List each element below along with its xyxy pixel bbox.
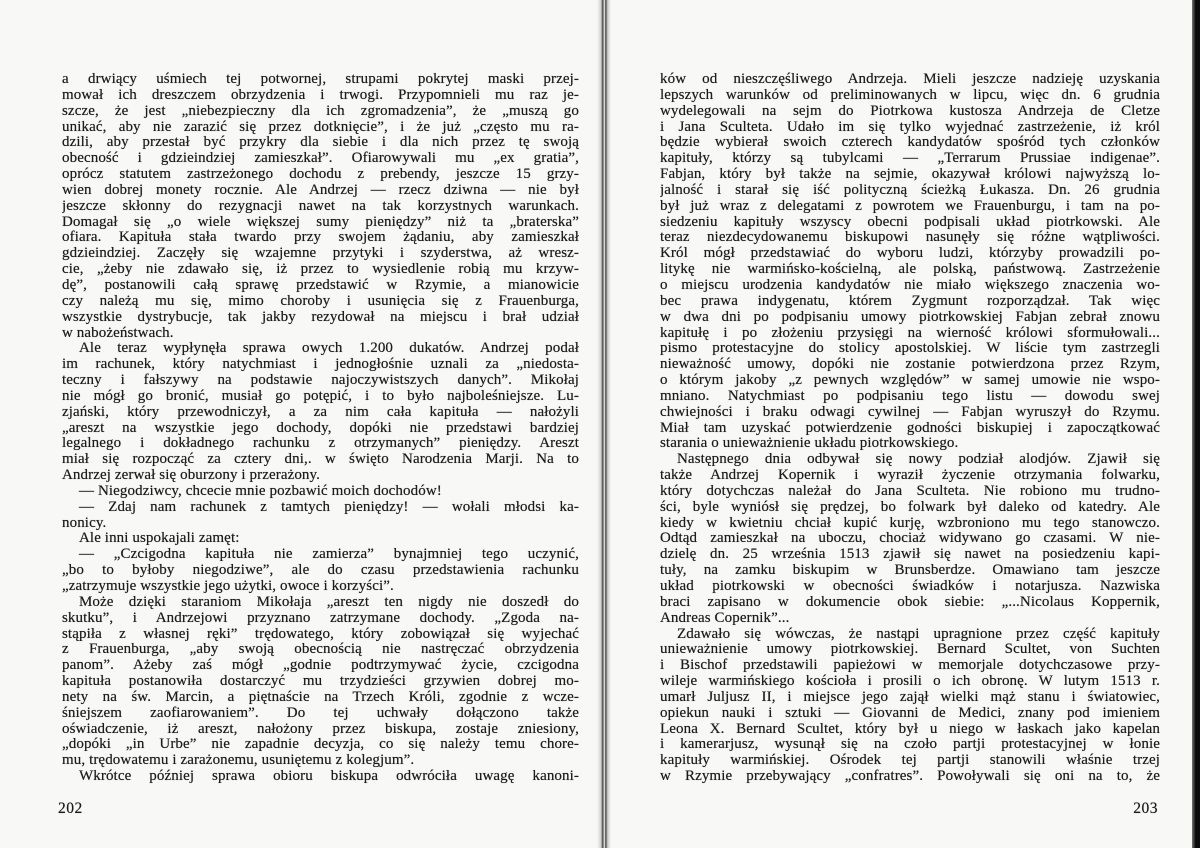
text-line: „dopóki „in Urbe” nie zapadnie decyzja, …	[62, 737, 579, 753]
text-line: kapituła postanowiła dostarczyć mu trzyd…	[62, 674, 579, 690]
text-line: Zdawało się wówczas, że nastąpi upragnio…	[660, 627, 1160, 643]
text-line: skutku”, i Andrzejowi przyznano zatrzyma…	[62, 611, 579, 627]
text-line: śniejszem zaofiarowaniem”. Do tej uchwał…	[62, 706, 579, 722]
text-line: Ale teraz wypłynęła sprawa owych 1.200 d…	[62, 341, 579, 357]
text-line: tuły, na zamku biskupim w Brunsberdze. O…	[660, 563, 1160, 579]
text-line: Domagał się „o wiele większej sumy pieni…	[62, 215, 579, 231]
book-page-left: a drwiący uśmiech tej potwornej, strupam…	[62, 72, 579, 785]
text-line: Andreas Copernik”...	[660, 611, 1160, 627]
text-line: wien dobrej monety rocznie. Ale Andrzej …	[62, 183, 579, 199]
text-line: dzielę dn. 25 września 1513 zjawił się n…	[660, 547, 1160, 563]
page-text-block: ków od nieszczęśliwego Andrzeja. Mieli j…	[660, 72, 1160, 785]
text-line: „bo to byłoby niegodziwe”, ale do czasu …	[62, 563, 579, 579]
text-line: w Rzymie przebywający „confratres”. Powo…	[660, 769, 1160, 785]
text-line: nieważność umowy, dopóki nie zostanie po…	[660, 357, 1160, 373]
text-line: ków od nieszczęśliwego Andrzeja. Mieli j…	[660, 72, 1160, 88]
page-number-left: 202	[58, 800, 83, 818]
text-line: Wkrótce później sprawa obioru biskupa od…	[62, 769, 579, 785]
text-line: kiedy w kwietniu chciał kupić kurję, wzb…	[660, 516, 1160, 532]
text-line: zjański, który przewodniczył, a za nim c…	[62, 405, 579, 421]
text-line: legalnego i dokładnego rachunku z otrzym…	[62, 436, 579, 452]
text-line: w nabożeństwach.	[62, 326, 579, 342]
text-line: Andrzej zerwał się oburzony i przerażony…	[62, 468, 579, 484]
text-line: będzie wybierał swoich czterech kandydat…	[660, 135, 1160, 151]
text-line: czy należą mu się, mimo choroby i usunię…	[62, 294, 579, 310]
text-line: unieważnienie umowy piotrkowskiej. Berna…	[660, 642, 1160, 658]
text-line: Fabjan, który był także na sejmie, okazy…	[660, 167, 1160, 183]
text-line: — Niegodziwcy, chcecie mnie pozbawić moi…	[62, 484, 579, 500]
text-line: oświadczenie, iż areszt, nałożony przez …	[62, 722, 579, 738]
text-line: ści, byle wyniósł się prędzej, bo folwar…	[660, 500, 1160, 516]
text-line: cie, „żeby nie zdawało się, iż przez to …	[62, 262, 579, 278]
text-line: Odtąd zamieszkał na uboczu, chociaż widy…	[660, 531, 1160, 547]
text-line: z Frauenburga, „aby swoją obecnością nie…	[62, 642, 579, 658]
text-line: im rachunek, który natychmiast i jednogł…	[62, 357, 579, 373]
text-line: gdzieindziej. Zaczęły się wzajemne przyt…	[62, 246, 579, 262]
scan-edge-artifact	[1192, 0, 1200, 848]
text-line: miał się rozpocząć za cztery dni,. w świ…	[62, 452, 579, 468]
text-line: był już wraz z delegatami z powrotem we …	[660, 199, 1160, 215]
text-line: jeszcze skłonny do rezygnacji nawet na t…	[62, 199, 579, 215]
text-line: Miał tam uzyskać potwierdzenie godności …	[660, 421, 1160, 437]
text-line: umarł Juljusz II, i miejsce jego zajął w…	[660, 690, 1160, 706]
text-line: ofiara. Kapituła stała twardo przy swoje…	[62, 230, 579, 246]
text-line: pismo protestacyjne do stolicy apostolsk…	[660, 341, 1160, 357]
text-line: Ale inni uspokajali zamęt:	[62, 531, 579, 547]
text-line: w dwa dni po podpisaniu umowy piotrkowsk…	[660, 310, 1160, 326]
book-page-right: ków od nieszczęśliwego Andrzeja. Mieli j…	[660, 72, 1160, 785]
text-line: opiekun nauki i sztuki — Giovanni de Med…	[660, 706, 1160, 722]
text-line: kapitułę i po złożeniu przysięgi na wier…	[660, 326, 1160, 342]
text-line: mniano. Natychmiast po podpisaniu tego l…	[660, 389, 1160, 405]
text-line: unikać, aby nie zarazić się przez dotkni…	[62, 120, 579, 136]
text-line: chwiejności i braku odwagi cywilnej — Fa…	[660, 405, 1160, 421]
text-line: oprócz statutem zastrzeżonego dochodu z …	[62, 167, 579, 183]
text-line: Może dzięki staraniom Mikołaja „areszt t…	[62, 595, 579, 611]
page-number-right: 203	[1100, 800, 1158, 818]
text-line: układ piotrkowski w obecności świadków i…	[660, 579, 1160, 595]
text-line: mu, trędowatemu i zarażonemu, usuniętemu…	[62, 753, 579, 769]
text-line: i Bischof przedstawili papieżowi w memor…	[660, 658, 1160, 674]
text-line: starania o unieważnienie układu piotrkow…	[660, 436, 1160, 452]
text-line: dę”, postanowili całą sprawę przedstawić…	[62, 278, 579, 294]
text-line: mował ich dreszczem obrzydzenia i trwogi…	[62, 88, 579, 104]
text-line: nety na św. Marcin, a piętnaście na Trze…	[62, 690, 579, 706]
text-line: a drwiący uśmiech tej potwornej, strupam…	[62, 72, 579, 88]
text-line: lepszych warunków od preliminowanych w l…	[660, 88, 1160, 104]
text-line: — „Czcigodna kapituła nie zamierza” byna…	[62, 547, 579, 563]
text-line: o miejscu urodzenia kandydatów nie miało…	[660, 278, 1160, 294]
text-line: panom”. Ażeby zaś mógł „godnie podtrzymy…	[62, 658, 579, 674]
text-line: „areszt na wszystkie jego dochody, dopók…	[62, 421, 579, 437]
text-line: teczny i fałszywy na podstawie najoczywi…	[62, 373, 579, 389]
text-line: Król mógł przedstawiać do wyboru ludzi, …	[660, 246, 1160, 262]
text-line: bec prawa indygenatu, którem Zygmunt roz…	[660, 294, 1160, 310]
text-line: dzili, aby przestał być przykry dla sieb…	[62, 135, 579, 151]
book-spine-shadow	[597, 0, 611, 848]
text-line: braci zapisano w dokumencie obok siebie:…	[660, 595, 1160, 611]
text-line: nie mógł go bronić, musiał go potępić, i…	[62, 389, 579, 405]
text-line: o którym jakoby „z pewnych względów” w s…	[660, 373, 1160, 389]
text-line: obecność i gdzieindziej zamieszkał”. Ofi…	[62, 151, 579, 167]
text-line: siedzeniu kapituły wszyscy obecni podpis…	[660, 215, 1160, 231]
text-line: szcze, że jest „niebezpieczny dla ich zg…	[62, 104, 579, 120]
text-line: Leona X. Bernard Scultet, który był u ni…	[660, 722, 1160, 738]
page-text-block: a drwiący uśmiech tej potwornej, strupam…	[62, 72, 579, 785]
text-line: teraz niezdecydowanemu biskupowi nasunęł…	[660, 230, 1160, 246]
text-line: i kamerarjusz, wysunął się na czoło part…	[660, 737, 1160, 753]
text-line: jalność i starał się iść polityczną ście…	[660, 183, 1160, 199]
text-line: wydelegowali na sejm do Piotrkowa kustos…	[660, 104, 1160, 120]
text-line: kapituły, którzy są tubylcami — „Terraru…	[660, 151, 1160, 167]
text-line: wszystkie dystrybucje, tak jakby rezydow…	[62, 310, 579, 326]
text-line: i Jana Sculteta. Udało im się tylko wyje…	[660, 120, 1160, 136]
text-line: także Andrzej Kopernik i wyraził życzeni…	[660, 468, 1160, 484]
text-line: stąpiła z własnej ręki” trędowatego, któ…	[62, 627, 579, 643]
text-line: który dotychczas należał do Jana Scultet…	[660, 484, 1160, 500]
text-line: litykę nie warmińsko-kościelną, ale pols…	[660, 262, 1160, 278]
text-line: kapituły warmińskiej. Ośrodek tej partji…	[660, 753, 1160, 769]
text-line: wileje warmińskiego kościoła i prosili o…	[660, 674, 1160, 690]
text-line: „zatrzymuje wszystkie jego użytki, owoce…	[62, 579, 579, 595]
text-line: — Zdaj nam rachunek z tamtych pieniędzy!…	[62, 500, 579, 516]
text-line: nonicy.	[62, 516, 579, 532]
text-line: Następnego dnia odbywał się nowy podział…	[660, 452, 1160, 468]
